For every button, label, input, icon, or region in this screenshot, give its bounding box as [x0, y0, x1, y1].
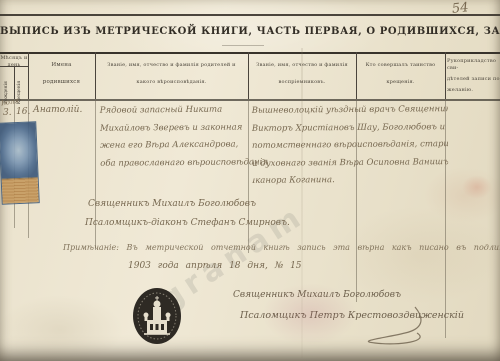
- record-note-line1: Примѣчаніе: Въ метрической отчетной книг…: [63, 243, 500, 252]
- title-underline: [222, 45, 264, 46]
- title-text: ВЫПИСЬ ИЗЪ МЕТРИЧЕСКОЙ КНИГИ, ЧАСТЬ ПЕРВ…: [0, 26, 500, 37]
- record-note-line2: 1903 года апрѣля 18 дня, № 15: [128, 261, 302, 271]
- table-top-border: [0, 52, 500, 54]
- top-rule: [0, 14, 500, 16]
- record-month: Іюля: [0, 97, 19, 108]
- record-name: Анатолій.: [33, 105, 82, 115]
- col-header-names: Имена родившихся: [28, 62, 95, 86]
- column-divider-3: [248, 52, 249, 99]
- scanned-document-page: granam 54 ВЫПИСЬ ИЗЪ МЕТРИЧЕСКОЙ КНИГИ, …: [0, 0, 500, 361]
- record-clergy-text: Священникъ Михаилъ Боголюбовъ Псаломщикъ…: [88, 195, 290, 233]
- document-title: ВЫПИСЬ ИЗЪ МЕТРИЧЕСКОЙ КНИГИ, ЧАСТЬ ПЕРВ…: [0, 24, 500, 37]
- col-header-clergy: Кто совершалъ таинство крещенія.: [358, 62, 443, 86]
- revenue-stamp-band: [2, 178, 39, 204]
- church-seal-stamp: [132, 287, 182, 345]
- faded-stamp-residue: [262, 283, 357, 345]
- column-divider-5: [445, 52, 446, 99]
- record-birth-day: 3.: [3, 108, 12, 118]
- record-parents-text: Рядовой запасный Никита Михайловъ Зверев…: [100, 101, 268, 172]
- col-header-parents: Званіе, имя, отчество и фамилія родителе…: [97, 62, 246, 86]
- column-divider-2: [95, 52, 96, 99]
- revenue-stamp: [0, 121, 40, 205]
- fold-crease: [301, 48, 303, 358]
- col-header-date-group: Мѣсяцъ и день: [0, 55, 28, 69]
- column-divider-4: [356, 52, 357, 99]
- ink-flourish: [345, 305, 435, 347]
- revenue-stamp-vignette: [0, 122, 38, 180]
- record-baptism-day: 16.: [16, 107, 30, 117]
- ink-smudge: [462, 175, 492, 199]
- record-godparents-text: Вышневолоцкій уѣздный врачъ Священникъ М…: [252, 101, 449, 190]
- col-header-signatures: Рукоприкладство сви- дѣтелей записи по ж…: [447, 58, 500, 94]
